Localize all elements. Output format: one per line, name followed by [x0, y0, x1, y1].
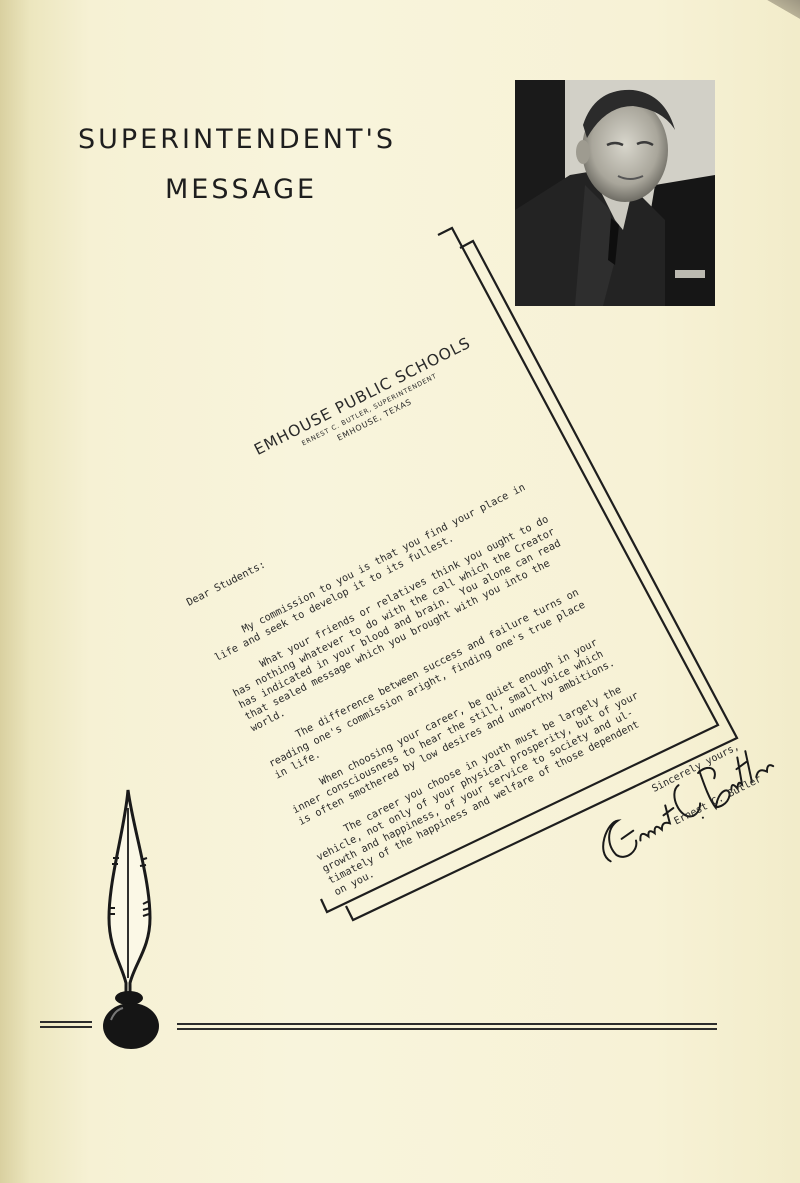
- bottom-rule-left-2: [40, 1026, 92, 1028]
- quill-icon: [95, 788, 175, 1053]
- bottom-rule-right-2: [177, 1028, 717, 1030]
- bottom-rule-left-1: [40, 1021, 92, 1023]
- bottom-rule-right-1: [177, 1023, 717, 1025]
- quill-and-inkwell: [95, 788, 175, 1057]
